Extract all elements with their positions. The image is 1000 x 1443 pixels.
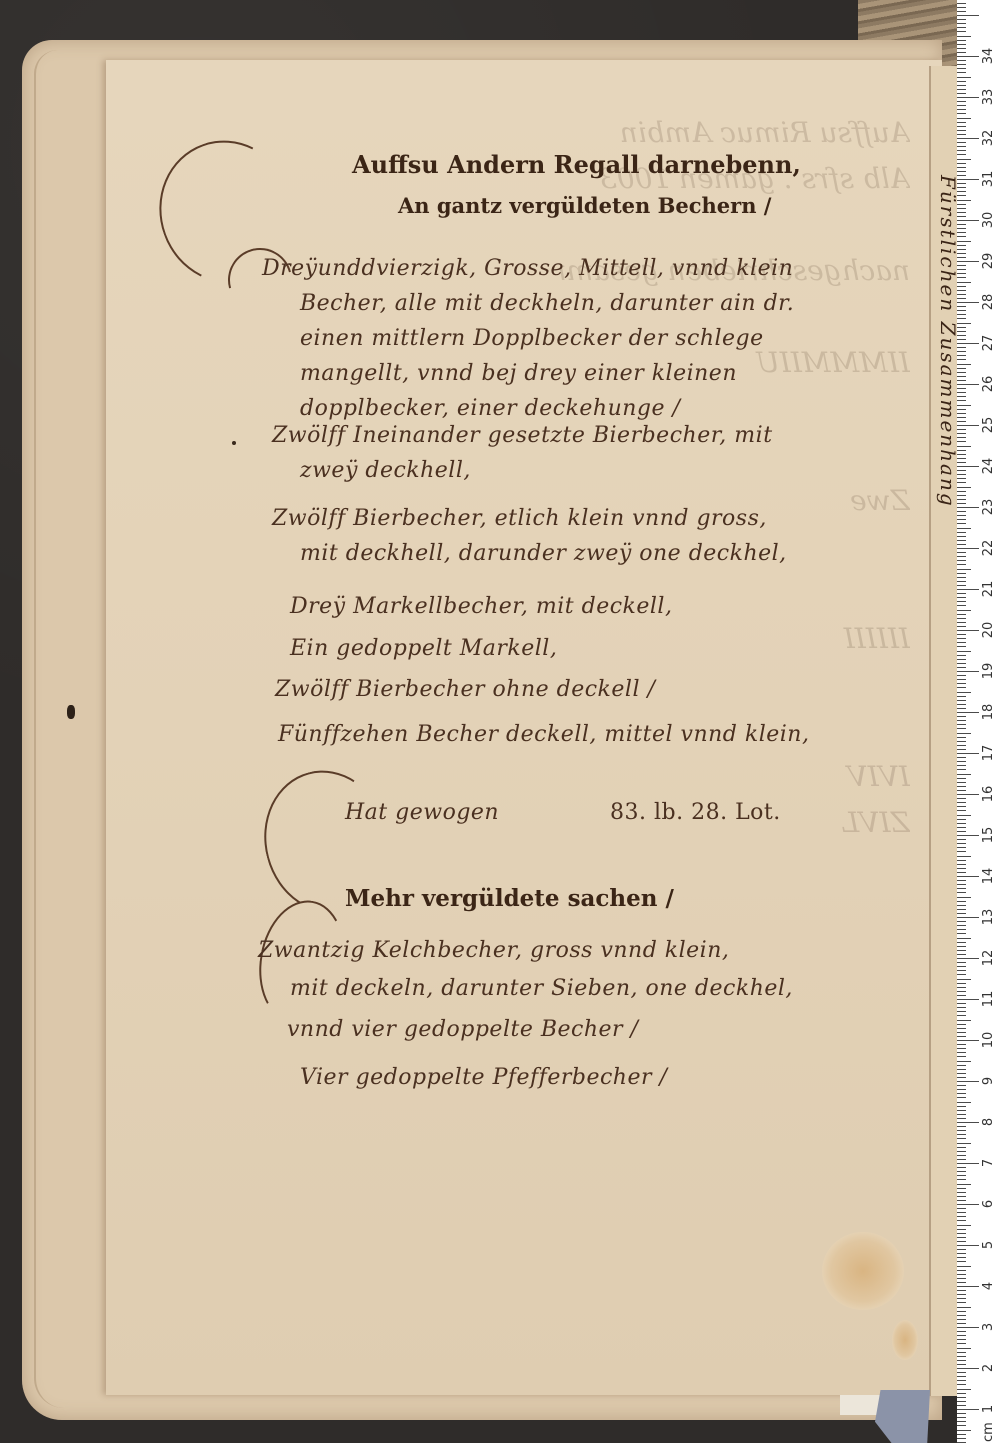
ruler-tick	[957, 544, 966, 545]
ruler-tick	[957, 929, 966, 930]
ruler-tick	[957, 310, 966, 311]
ruler-tick	[957, 503, 966, 504]
ruler-tick	[957, 1143, 971, 1144]
ruler-tick	[957, 167, 966, 168]
ruler-tick	[957, 81, 966, 82]
ruler-tick	[957, 241, 971, 242]
ruler-label: 5	[981, 1233, 996, 1257]
ruler-tick	[957, 286, 966, 287]
ruler-tick	[957, 380, 966, 381]
ruler-tick	[957, 154, 966, 155]
heading-line-2: An gantz vergüldeten Bechern /	[398, 193, 771, 218]
ruler-tick	[957, 950, 966, 951]
total-label: Hat gewogen	[345, 800, 499, 825]
ruler-tick	[957, 1003, 966, 1004]
ruler-tick	[957, 1389, 971, 1390]
ruler-tick	[957, 118, 971, 119]
ruler-tick	[957, 216, 966, 217]
ruler-tick	[957, 1061, 971, 1062]
ruler-tick	[957, 642, 966, 643]
ruler-tick	[957, 667, 966, 668]
ruler-tick	[957, 831, 966, 832]
ruler-tick	[957, 400, 966, 401]
ruler-tick	[957, 1302, 966, 1303]
ruler-tick	[957, 979, 971, 980]
ruler-label: 24	[981, 454, 996, 478]
ruler-tick	[957, 1138, 966, 1139]
ruler-tick	[957, 1434, 966, 1435]
ruler-tick	[957, 1278, 966, 1279]
ruler-tick	[957, 970, 966, 971]
ruler-tick	[957, 589, 979, 590]
ruler-tick	[957, 474, 966, 475]
ruler-tick	[957, 856, 971, 857]
ruler-tick	[957, 1430, 971, 1431]
ruler-tick	[957, 728, 966, 729]
ruler-tick	[957, 1184, 971, 1185]
ruler-tick	[957, 122, 966, 123]
ruler-tick	[957, 638, 966, 639]
ruler-tick	[957, 601, 966, 602]
ruler-tick	[957, 302, 979, 303]
ruler-tick	[957, 696, 966, 697]
ruler-tick	[957, 655, 966, 656]
ruler-tick	[957, 720, 966, 721]
ruler-tick	[957, 1093, 966, 1094]
ruler-tick	[957, 89, 966, 90]
ruler-tick	[957, 450, 966, 451]
entry-1-line-2: Becher, alle mit deckheln, darunter ain …	[300, 291, 794, 316]
entry-2-line-2: zweÿ deckhell,	[300, 458, 471, 483]
ruler-tick	[957, 351, 966, 352]
ruler-tick	[957, 626, 966, 627]
ruler-tick	[957, 1032, 966, 1033]
ruler-tick	[957, 597, 966, 598]
ruler-tick	[957, 27, 966, 28]
ruler-tick	[957, 741, 966, 742]
ruler-tick	[957, 1102, 971, 1103]
ruler-tick	[957, 1425, 966, 1426]
ruler-tick	[957, 1077, 966, 1078]
ruler-tick	[957, 679, 966, 680]
ruler-tick	[957, 897, 971, 898]
ruler-tick	[957, 962, 966, 963]
ruler-tick	[957, 1368, 979, 1369]
entry-7-line-1: Fünffzehen Becher deckell, mittel vnnd k…	[278, 722, 809, 747]
ruler-label: 28	[981, 290, 996, 314]
ruler-tick	[957, 827, 966, 828]
ruler-tick	[957, 946, 966, 947]
ruler-tick	[957, 851, 966, 852]
ruler-tick	[957, 540, 966, 541]
ruler-tick	[957, 901, 966, 902]
ruler-tick	[957, 323, 971, 324]
ruler-tick	[957, 671, 979, 672]
ruler-tick	[957, 507, 979, 508]
ruler-tick	[957, 798, 966, 799]
ruler-tick	[957, 277, 966, 278]
ruler-label: 31	[981, 167, 996, 191]
ruler-tick	[957, 1015, 966, 1016]
ruler-tick	[957, 1298, 966, 1299]
ruler-tick	[957, 634, 966, 635]
ruler-tick	[957, 269, 966, 270]
entry-3-line-1: Zwölff Bierbecher, etlich klein vnnd gro…	[272, 506, 767, 531]
ruler-tick	[957, 1163, 979, 1164]
ruler-tick	[957, 142, 966, 143]
ruler-tick	[957, 437, 966, 438]
ruler-tick	[957, 1056, 966, 1057]
ruler-tick	[957, 109, 966, 110]
ruler-tick	[957, 1323, 966, 1324]
ruler-tick	[957, 1261, 966, 1262]
ruler-label: 8	[981, 1110, 996, 1134]
ruler-tick	[957, 113, 966, 114]
entry-6-line-1: Zwölff Bierbecher ohne deckell /	[275, 677, 655, 702]
ruler-tick	[957, 1192, 966, 1193]
ruler-tick	[957, 1167, 966, 1168]
ruler-tick	[957, 249, 966, 250]
ruler-tick	[957, 1315, 966, 1316]
ruler-tick	[957, 806, 966, 807]
ruler-tick	[957, 368, 966, 369]
ruler-tick	[957, 958, 979, 959]
ruler-tick	[957, 1311, 966, 1312]
ruler-tick	[957, 68, 966, 69]
ruler-label: 21	[981, 577, 996, 601]
ruler-tick	[957, 425, 979, 426]
ruler-tick	[957, 1290, 966, 1291]
ruler-tick	[957, 1208, 966, 1209]
ruler-tick	[957, 1249, 966, 1250]
ruler-tick	[957, 1327, 979, 1328]
ruler-tick	[957, 1147, 966, 1148]
ruler-tick	[957, 1106, 966, 1107]
ruler-tick	[957, 175, 966, 176]
ruler-tick	[957, 60, 966, 61]
ruler-tick	[957, 1130, 966, 1131]
ruler-tick	[957, 11, 966, 12]
ruler-tick	[957, 917, 979, 918]
ruler-tick	[957, 314, 966, 315]
ruler-tick	[957, 1266, 971, 1267]
ruler-tick	[957, 1245, 979, 1246]
ruler-tick	[957, 1421, 966, 1422]
ruler-tick	[957, 376, 966, 377]
vertical-margin-note: Fürstlichen Zusammenhang	[930, 175, 960, 585]
ruler-tick	[957, 1159, 966, 1160]
ruler-label: 7	[981, 1151, 996, 1175]
section-2-entry-1-line-1: Zwantzig Kelchbecher, gross vnnd klein,	[258, 938, 729, 963]
ruler-tick	[957, 72, 966, 73]
ruler-label: 15	[981, 823, 996, 847]
section-2-entry-1-line-3: vnnd vier gedoppelte Becher /	[287, 1017, 638, 1042]
ruler-tick	[957, 1343, 966, 1344]
ruler-tick	[957, 1335, 966, 1336]
ruler-tick	[957, 1171, 966, 1172]
ruler-tick	[957, 191, 966, 192]
ruler-tick	[957, 265, 966, 266]
ruler-tick	[957, 614, 966, 615]
ruler-tick	[957, 618, 966, 619]
ruler-tick	[957, 733, 971, 734]
section-2-entry-2-line-1: Vier gedoppelte Pfefferbecher /	[300, 1065, 667, 1090]
ruler-tick	[957, 1126, 966, 1127]
ruler-tick	[957, 938, 971, 939]
ruler-tick	[957, 44, 966, 45]
ruler-tick	[957, 536, 966, 537]
ruler-tick	[957, 48, 966, 49]
ruler-tick	[957, 1282, 966, 1283]
ruler-tick	[957, 392, 966, 393]
ruler-tick	[957, 85, 966, 86]
ruler-tick	[957, 159, 971, 160]
ruler-tick	[957, 581, 966, 582]
ruler-tick	[957, 487, 971, 488]
ruler-label: 6	[981, 1192, 996, 1216]
ruler-tick	[957, 786, 966, 787]
ruler-tick	[957, 593, 966, 594]
ruler-tick	[957, 1401, 966, 1402]
ruler-tick	[957, 273, 966, 274]
ruler-tick	[957, 515, 966, 516]
entry-2-line-1: Zwölff Ineinander gesetzte Bierbecher, m…	[272, 423, 773, 448]
ruler-tick	[957, 700, 966, 701]
ruler-tick	[957, 1348, 971, 1349]
ruler-tick	[957, 1200, 966, 1201]
ruler-tick	[957, 372, 966, 373]
ruler-tick	[957, 458, 966, 459]
ruler-tick	[957, 245, 966, 246]
ruler-label: 14	[981, 864, 996, 888]
ruler-tick	[957, 1069, 966, 1070]
ruler-tick	[957, 1196, 966, 1197]
ruler-tick	[957, 429, 966, 430]
ruler-tick	[957, 585, 966, 586]
ruler-tick	[957, 1081, 979, 1082]
ruler-label: 10	[981, 1028, 996, 1052]
ruler-tick	[957, 933, 966, 934]
ruler-tick	[957, 868, 966, 869]
ruler-label: 16	[981, 782, 996, 806]
ruler-tick	[957, 876, 979, 877]
ruler-tick	[957, 1307, 971, 1308]
ruler-tick	[957, 1372, 966, 1373]
ruler-tick	[957, 519, 966, 520]
ruler-tick	[957, 405, 971, 406]
ruler-tick	[957, 1024, 966, 1025]
ruler-tick	[957, 1220, 966, 1221]
ruler-tick	[957, 499, 966, 500]
ruler-tick	[957, 757, 966, 758]
ruler-tick	[957, 15, 979, 16]
ruler-label: 17	[981, 741, 996, 765]
ruler-tick	[957, 630, 979, 631]
ruler-tick	[957, 204, 966, 205]
ruler-tick	[957, 1405, 966, 1406]
ruler-label: 26	[981, 372, 996, 396]
ruler-tick	[957, 909, 966, 910]
ruler-tick	[957, 1048, 966, 1049]
ruler-tick	[957, 441, 966, 442]
ruler-tick	[957, 1011, 966, 1012]
ruler-tick	[957, 462, 966, 463]
ruler-tick	[957, 138, 979, 139]
ruler-tick	[957, 548, 979, 549]
ruler-tick	[957, 7, 966, 8]
ruler-tick	[957, 692, 971, 693]
ruler-tick	[957, 983, 966, 984]
ruler-tick	[957, 552, 966, 553]
ruler-label: 18	[981, 700, 996, 724]
section-2-entry-1-line-2: mit deckeln, darunter Sieben, one deckhe…	[290, 976, 793, 1001]
ruler-tick	[957, 753, 979, 754]
ruler-tick	[957, 802, 966, 803]
ruler-tick	[957, 745, 966, 746]
ruler-tick	[957, 622, 966, 623]
ruler-label: 3	[981, 1315, 996, 1339]
ruler-tick	[957, 569, 971, 570]
ruler-label: 34	[981, 44, 996, 68]
ruler-tick	[957, 298, 966, 299]
ruler-tick	[957, 327, 966, 328]
ruler-tick	[957, 318, 966, 319]
ruler-tick	[957, 101, 966, 102]
ruler-tick	[957, 782, 966, 783]
ruler-tick	[957, 294, 966, 295]
ruler-tick	[957, 491, 966, 492]
ruler-tick	[957, 1134, 966, 1135]
ruler-tick	[957, 790, 966, 791]
ruler-label: 19	[981, 659, 996, 683]
ruler-tick	[957, 1122, 979, 1123]
ruler-tick	[957, 560, 966, 561]
ruler-tick	[957, 847, 966, 848]
ruler-tick	[957, 290, 966, 291]
ruler-label: 11	[981, 987, 996, 1011]
ruler-label: 30	[981, 208, 996, 232]
ruler-label: 9	[981, 1069, 996, 1093]
ruler-tick	[957, 56, 979, 57]
ruler-tick	[957, 466, 979, 467]
ruler-label: 23	[981, 495, 996, 519]
ruler-tick	[957, 815, 971, 816]
ruler-tick	[957, 794, 979, 795]
ruler-tick	[957, 987, 966, 988]
ruler-unit-label: cm	[981, 1422, 996, 1442]
ruler-tick	[957, 64, 966, 65]
ruler-tick	[957, 1384, 966, 1385]
ruler-tick	[957, 31, 966, 32]
ruler-tick	[957, 212, 966, 213]
ruler-tick	[957, 716, 966, 717]
ruler-tick	[957, 1286, 979, 1287]
ruler-tick	[957, 1409, 979, 1410]
entry-1-line-1: Dreÿunddvierzigk, Grosse, Mittell, vnnd …	[262, 256, 793, 281]
ruler-tick	[957, 1179, 966, 1180]
ruler-tick	[957, 905, 966, 906]
ruler-tick	[957, 150, 966, 151]
ruler-tick	[957, 1241, 966, 1242]
ruler-tick	[957, 942, 966, 943]
ruler-tick	[957, 835, 979, 836]
ruler-tick	[957, 1073, 966, 1074]
ruler-tick	[957, 421, 966, 422]
ruler-tick	[957, 40, 966, 41]
entry-5-line-1: Ein gedoppelt Markell,	[290, 636, 557, 661]
ruler-tick	[957, 306, 966, 307]
ruler-tick	[957, 1065, 966, 1066]
ruler-tick	[957, 232, 966, 233]
ruler-tick	[957, 1036, 966, 1037]
ruler-tick	[957, 819, 966, 820]
ruler-tick	[957, 921, 966, 922]
ruler-tick	[957, 823, 966, 824]
ruler-tick	[957, 1397, 966, 1398]
ruler-tick	[957, 1274, 966, 1275]
ruler-tick	[957, 36, 971, 37]
ruler-tick	[957, 610, 971, 611]
ruler-tick	[957, 860, 966, 861]
ruler-tick	[957, 1204, 979, 1205]
ruler-tick	[957, 228, 966, 229]
ruler-label: 29	[981, 249, 996, 273]
ruler-tick	[957, 446, 971, 447]
ruler-tick	[957, 409, 966, 410]
ruler-tick	[957, 872, 966, 873]
ruler-tick	[957, 1438, 966, 1439]
ruler-tick	[957, 482, 966, 483]
entry-1-line-5: dopplbecker, einer deckehunge /	[300, 396, 680, 421]
ruler-tick	[957, 282, 971, 283]
ruler-tick	[957, 134, 966, 135]
ruler-tick	[957, 884, 966, 885]
entry-1-line-4: mangellt, vnnd bej drey einer kleinen	[300, 361, 737, 386]
ruler-tick	[957, 704, 966, 705]
ruler-tick	[957, 347, 966, 348]
ruler-tick	[957, 1339, 966, 1340]
ruler-tick	[957, 417, 966, 418]
ruler-tick	[957, 1393, 966, 1394]
ruler-tick	[957, 1097, 966, 1098]
ruler-tick	[957, 77, 971, 78]
ruler-tick	[957, 146, 966, 147]
ruler-tick	[957, 105, 966, 106]
ruler-tick	[957, 1007, 966, 1008]
ruler-tick	[957, 388, 966, 389]
ruler-tick	[957, 749, 966, 750]
ruler-tick	[957, 683, 966, 684]
ruler-tick	[957, 925, 966, 926]
ruler-tick	[957, 995, 966, 996]
ruler-tick	[957, 261, 979, 262]
ruler-tick	[957, 339, 966, 340]
ruler-tick	[957, 1376, 966, 1377]
ruler-tick	[957, 1270, 966, 1271]
ruler-tick	[957, 171, 966, 172]
ruler-label: 20	[981, 618, 996, 642]
ruler-tick	[957, 724, 966, 725]
ruler-label: 12	[981, 946, 996, 970]
ruler-tick	[957, 454, 966, 455]
ruler-tick	[957, 126, 966, 127]
ruler-tick	[957, 478, 966, 479]
total-amount: 83. lb. 28. Lot.	[610, 800, 781, 825]
heading-line-1: Auffsu Andern Regall darnebenn,	[352, 150, 801, 179]
ruler-tick	[957, 765, 966, 766]
ruler-tick	[957, 224, 966, 225]
ruler-tick	[957, 663, 966, 664]
